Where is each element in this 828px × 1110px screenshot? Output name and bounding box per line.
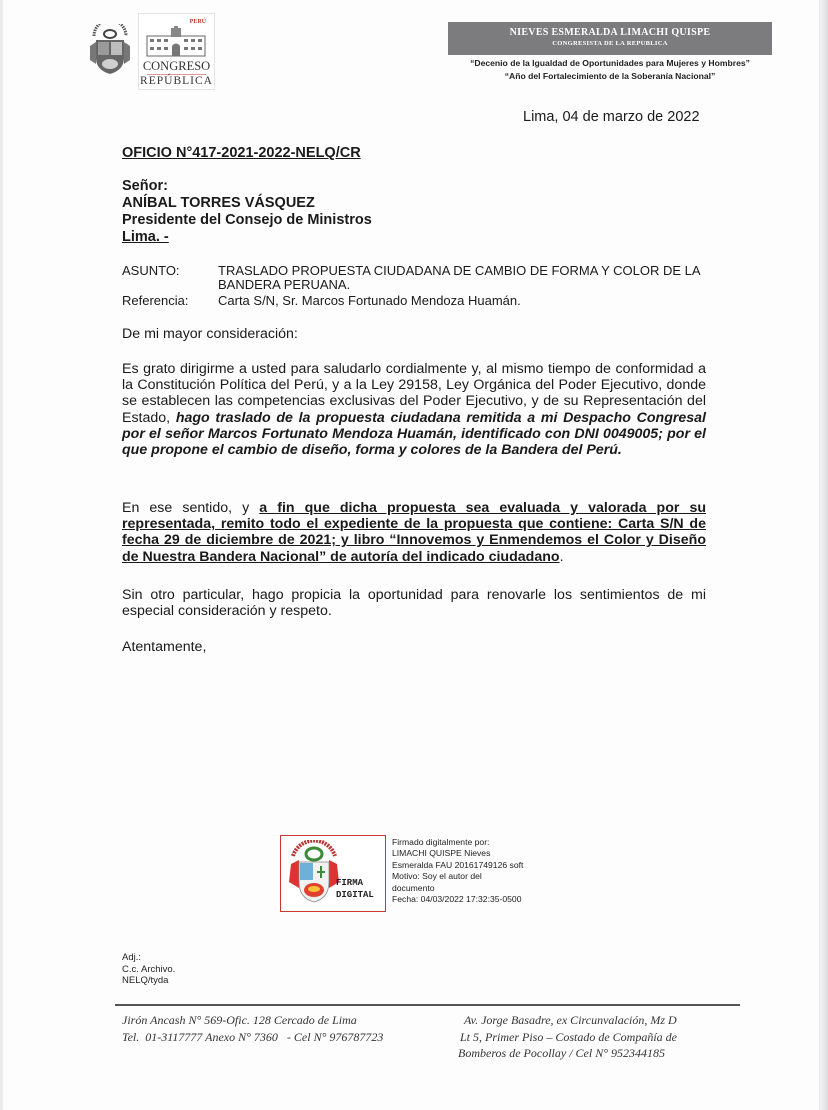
paragraph-1-emphasis: hago traslado de la propuesta ciudadana …: [122, 410, 706, 458]
signature-line: Motivo: Soy el autor del: [392, 871, 523, 882]
congresista-title: CONGRESISTA DE LA REPUBLICA: [448, 40, 772, 47]
logo-word-congreso: CONGRESO: [139, 59, 214, 74]
page-edge-left: [0, 0, 3, 1110]
paragraph-2: En ese sentido, y a fin que dicha propue…: [122, 500, 706, 565]
congresista-name: NIEVES ESMERALDA LIMACHI QUISPE: [448, 27, 772, 38]
firma-label-line2: DIGITAL: [336, 889, 374, 901]
letter-date: Lima, 04 de marzo de 2022: [523, 109, 700, 125]
congreso-logo: PERÚ CONGRESO REPÚBLICA: [138, 13, 215, 90]
congress-building-icon: [145, 26, 207, 58]
letter-notes: Adj.: C.c. Archivo. NELQ/tyda: [122, 952, 175, 987]
oficio-number: OFICIO N°417-2021-2022-NELQ/CR: [122, 145, 361, 161]
logo-word-republica: REPÚBLICA: [139, 75, 214, 87]
address-line: Av. Jorge Basadre, ex Circunvalación, Mz…: [458, 1012, 677, 1029]
firma-digital-label: FIRMA DIGITAL: [336, 877, 374, 901]
congresista-banner: NIEVES ESMERALDA LIMACHI QUISPE CONGRESI…: [448, 22, 772, 55]
address-line: Jirón Ancash N° 569-Ofic. 128 Cercado de…: [122, 1012, 383, 1029]
footer-address-right: Av. Jorge Basadre, ex Circunvalación, Mz…: [458, 1012, 677, 1062]
signature-line: Esmeralda FAU 20161749126 soft: [392, 860, 523, 871]
signature-line: documento: [392, 883, 523, 894]
recipient-city: Lima. -: [122, 229, 169, 245]
address-line: Bomberos de Pocollay / Cel N° 952344185: [458, 1045, 677, 1062]
recipient-title: Presidente del Consejo de Ministros: [122, 212, 372, 229]
paragraph-2-text: En ese sentido, y: [122, 500, 259, 516]
footer-divider: [115, 1004, 740, 1006]
greeting: De mi mayor consideración:: [122, 326, 298, 342]
closing: Atentamente,: [122, 639, 206, 655]
referencia-value: Carta S/N, Sr. Marcos Fortunado Mendoza …: [218, 294, 521, 308]
decade-motto: “Decenio de la Igualdad de Oportunidades…: [440, 57, 780, 70]
digital-signature-details: Firmado digitalmente por: LIMACHI QUISPE…: [392, 837, 523, 905]
page-edge-shadow: [819, 0, 828, 1110]
address-line: Lt 5, Primer Piso – Costado de Compañía …: [458, 1029, 677, 1046]
paragraph-3: Sin otro particular, hago propicia la op…: [122, 587, 706, 619]
asunto-value: TRASLADO PROPUESTA CIUDADANA DE CAMBIO D…: [218, 264, 718, 292]
peru-coat-of-arms-icon: [285, 840, 343, 906]
firma-label-line1: FIRMA: [336, 877, 374, 889]
national-seal-icon: [88, 24, 132, 76]
addressee-block: Señor: ANÍBAL TORRES VÁSQUEZ Presidente …: [122, 178, 372, 246]
paragraph-2-end: .: [560, 549, 564, 565]
cc-note: C.c. Archivo.: [122, 964, 175, 976]
referencia-label: Referencia:: [122, 294, 188, 308]
recipient-name: ANÍBAL TORRES VÁSQUEZ: [122, 195, 372, 212]
address-line: Tel. 01-3117777 Anexo N° 7360 - Cel N° 9…: [122, 1029, 383, 1046]
year-motto: “Año del Fortalecimiento de la Soberanía…: [440, 70, 780, 83]
salutation: Señor:: [122, 178, 372, 195]
initials-note: NELQ/tyda: [122, 975, 175, 987]
logo-country: PERÚ: [190, 19, 206, 25]
attachments-note: Adj.:: [122, 952, 175, 964]
signature-line: Firmado digitalmente por:: [392, 837, 523, 848]
signature-line: Fecha: 04/03/2022 17:32:35-0500: [392, 894, 523, 905]
digital-signature-stamp: FIRMA DIGITAL: [280, 835, 386, 912]
asunto-label: ASUNTO:: [122, 264, 180, 278]
official-mottos: “Decenio de la Igualdad de Oportunidades…: [440, 57, 780, 83]
signature-line: LIMACHI QUISPE Nieves: [392, 848, 523, 859]
paragraph-1: Es grato dirigirme a usted para saludarl…: [122, 361, 706, 458]
footer-address-left: Jirón Ancash N° 569-Ofic. 128 Cercado de…: [122, 1012, 383, 1045]
